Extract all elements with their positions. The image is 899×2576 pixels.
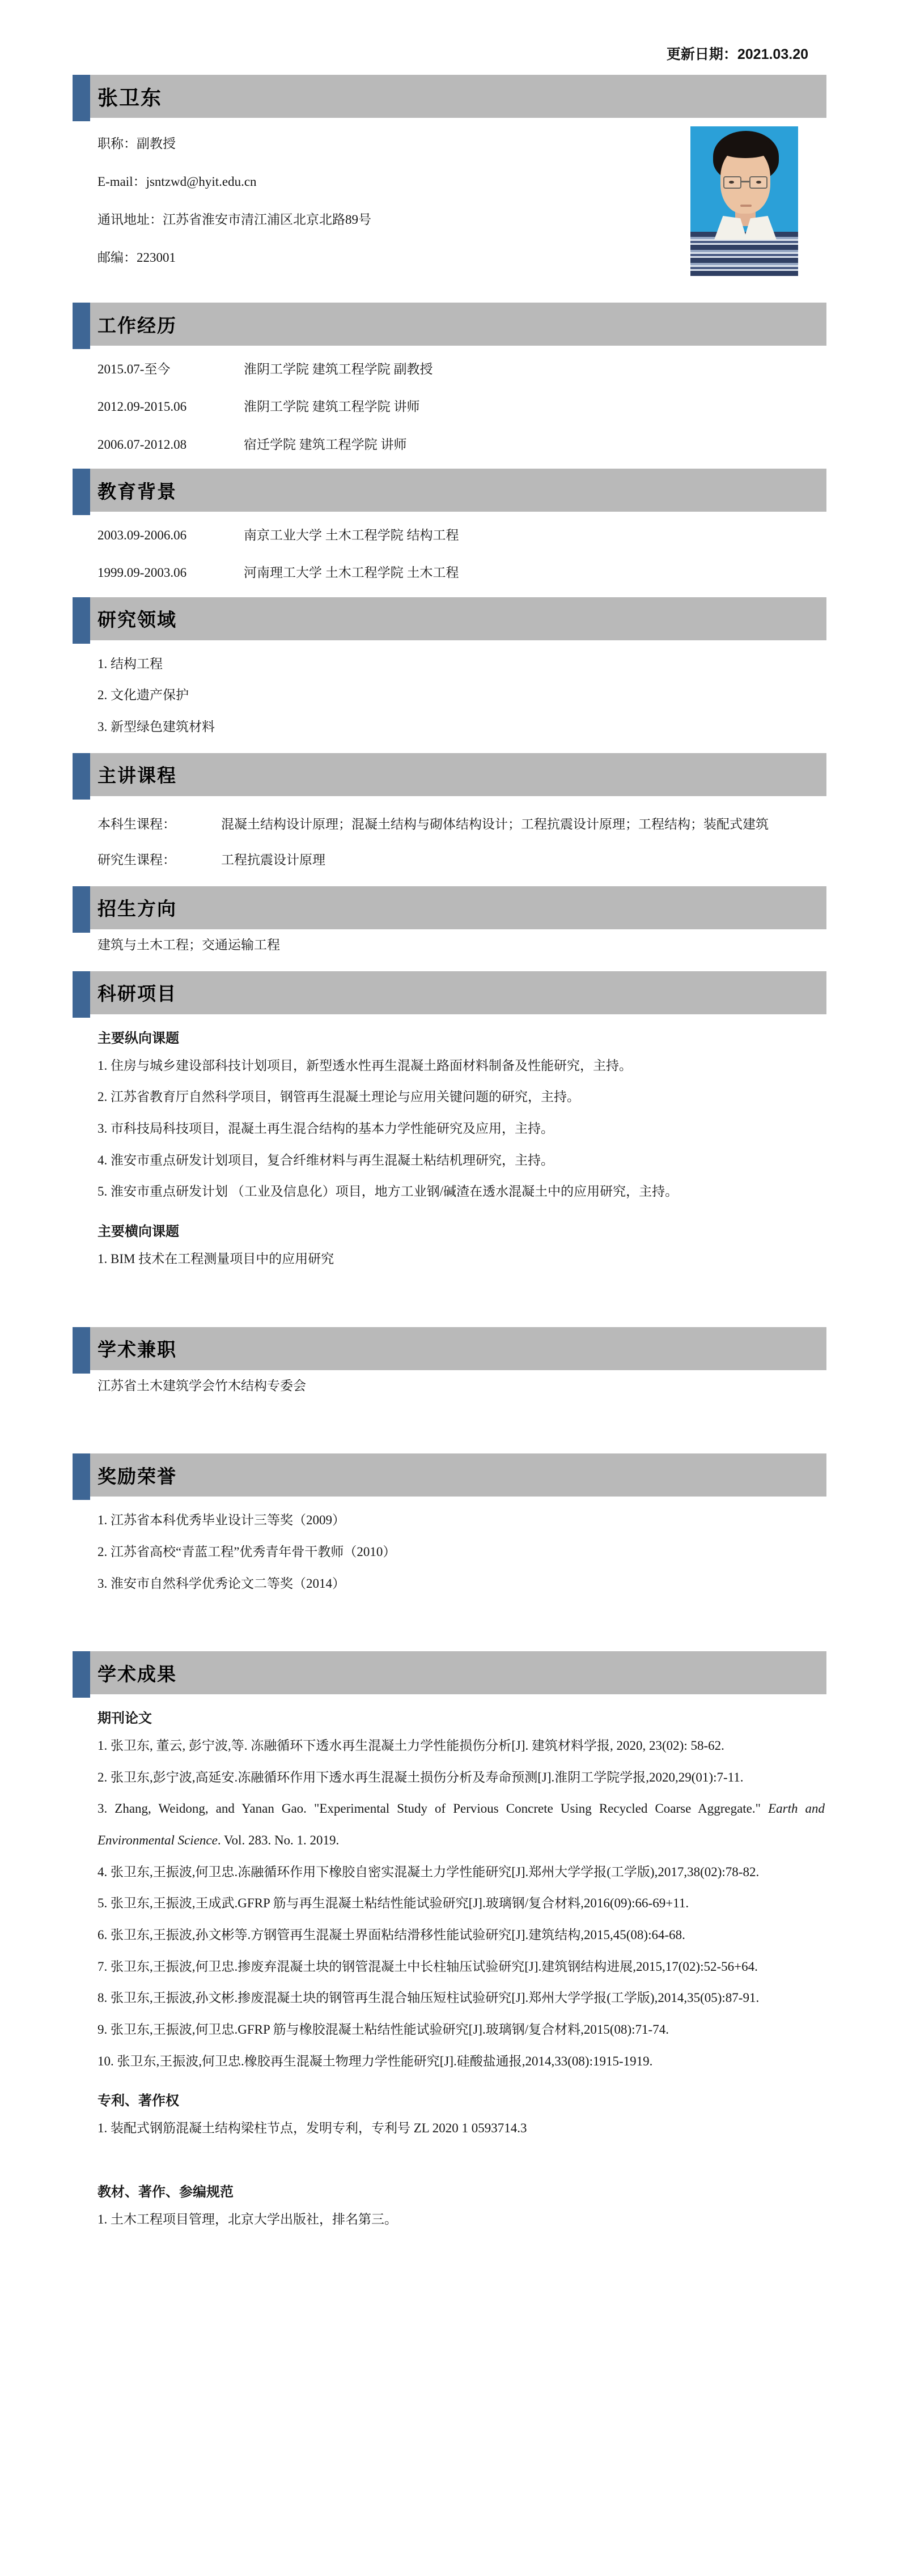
header-accent-bar [73, 1453, 90, 1500]
award-item: 1. 江苏省本科优秀毕业设计三等奖（2009） [97, 1504, 825, 1536]
projects-vertical-heading: 主要纵向课题 [97, 1027, 825, 1047]
research-area-item: 3. 新型绿色建筑材料 [97, 711, 825, 743]
education-period: 1999.09-2003.06 [97, 559, 244, 586]
course-label: 本科生课程： [97, 809, 221, 840]
work-detail: 淮阴工学院 建筑工程学院 副教授 [244, 356, 825, 383]
project-item: 5. 淮安市重点研发计划 （工业及信息化）项目，地方工业钢/碱渣在透水混凝土中的… [97, 1176, 825, 1208]
papers-heading: 期刊论文 [97, 1707, 825, 1727]
project-item: 2. 江苏省教育厅自然科学项目，钢管再生混凝土理论与应用关键问题的研究，主持。 [97, 1081, 825, 1113]
affiliation-content: 江苏省土木建筑学会竹木结构专委会 [97, 1370, 825, 1402]
course-row: 研究生课程： 工程抗震设计原理 [97, 844, 825, 876]
section-header-courses: 主讲课程 [73, 753, 826, 796]
header-accent-bar [73, 971, 90, 1018]
work-period: 2015.07-至今 [97, 356, 244, 383]
paper-item: 1. 张卫东, 董云, 彭宁波,等. 冻融循环下透水再生混凝土力学性能损伤分析[… [97, 1730, 825, 1762]
education-detail: 南京工业大学 土木工程学院 结构工程 [244, 522, 825, 549]
header-accent-bar [73, 886, 90, 933]
paper-item: 2. 张卫东,彭宁波,高延安.冻融循环作用下透水再生混凝土损伤分析及寿命预测[J… [97, 1762, 825, 1793]
person-name: 张卫东 [97, 82, 162, 111]
paper-item: 9. 张卫东,王振波,何卫忠.GFRP 筋与橡胶混凝土粘结性能试验研究[J].玻… [97, 2014, 825, 2046]
header-accent-bar [73, 469, 90, 515]
section-header-awards: 奖励荣誉 [73, 1453, 826, 1497]
achievements-content: 期刊论文 1. 张卫东, 董云, 彭宁波,等. 冻融循环下透水再生混凝土力学性能… [97, 1707, 825, 2235]
section-header-affiliation: 学术兼职 [73, 1327, 826, 1370]
award-item: 3. 淮安市自然科学优秀论文二等奖（2014） [97, 1568, 825, 1600]
section-header-work: 工作经历 [73, 303, 826, 346]
section-header-enrollment: 招生方向 [73, 886, 826, 929]
course-content: 工程抗震设计原理 [221, 844, 825, 876]
name-header: 张卫东 [73, 75, 826, 118]
projects-horizontal-heading: 主要横向课题 [97, 1220, 825, 1240]
header-accent-bar [73, 303, 90, 349]
glasses-icon [723, 176, 767, 190]
project-item: 1. BIM 技术在工程测量项目中的应用研究 [97, 1243, 825, 1275]
section-title: 工作经历 [97, 311, 177, 338]
header-accent-bar [73, 753, 90, 800]
education-entry: 1999.09-2003.06河南理工大学 土木工程学院 土木工程 [97, 559, 825, 586]
address-value: 江苏省淮安市清江浦区北京北路89号 [163, 212, 371, 227]
postcode-label: 邮编： [97, 250, 137, 265]
book-item: 1. 土木工程项目管理，北京大学出版社，排名第三。 [97, 2204, 825, 2235]
paper-item: 3. Zhang, Weidong, and Yanan Gao. "Exper… [97, 1793, 825, 1856]
header-accent-bar [73, 597, 90, 644]
header-accent-bar [73, 1651, 90, 1698]
email-value: jsntzwd@hyit.edu.cn [146, 175, 257, 189]
affiliation-text: 江苏省土木建筑学会竹木结构专委会 [97, 1370, 825, 1402]
title-label: 职称： [97, 137, 137, 151]
research-area-item: 2. 文化遗产保护 [97, 679, 825, 711]
section-title: 科研项目 [97, 979, 177, 1006]
work-entries: 2015.07-至今淮阴工学院 建筑工程学院 副教授 2012.09-2015.… [97, 356, 825, 458]
postcode-value: 223001 [137, 250, 176, 265]
section-header-achievements: 学术成果 [73, 1651, 826, 1694]
section-title: 奖励荣誉 [97, 1462, 177, 1489]
education-period: 2003.09-2006.06 [97, 522, 244, 549]
patents-heading: 专利、著作权 [97, 2089, 825, 2109]
section-header-projects: 科研项目 [73, 971, 826, 1014]
work-period: 2012.09-2015.06 [97, 393, 244, 420]
header-accent-bar [73, 1327, 90, 1374]
address-label: 通讯地址： [97, 212, 163, 227]
project-item: 4. 淮安市重点研发计划项目，复合纤维材料与再生混凝土粘结机理研究，主持。 [97, 1145, 825, 1176]
email-label: E-mail： [97, 175, 146, 189]
work-entry: 2015.07-至今淮阴工学院 建筑工程学院 副教授 [97, 356, 825, 383]
paper-item: 4. 张卫东,王振波,何卫忠.冻融循环作用下橡胶自密实混凝土力学性能研究[J].… [97, 1856, 825, 1888]
awards-list: 1. 江苏省本科优秀毕业设计三等奖（2009） 2. 江苏省高校“青蓝工程”优秀… [97, 1497, 825, 1599]
header-accent-bar [73, 75, 90, 121]
work-detail: 宿迁学院 建筑工程学院 讲师 [244, 431, 825, 458]
education-entries: 2003.09-2006.06南京工业大学 土木工程学院 结构工程 1999.0… [97, 522, 825, 587]
section-title: 学术兼职 [97, 1335, 177, 1362]
work-entry: 2012.09-2015.06淮阴工学院 建筑工程学院 讲师 [97, 393, 825, 420]
paper-item: 8. 张卫东,王振波,孙文彬.掺废混凝土块的钢管再生混合轴压短柱试验研究[J].… [97, 1982, 825, 2014]
course-row: 本科生课程： 混凝土结构设计原理；混凝土结构与砌体结构设计；工程抗震设计原理；工… [97, 809, 825, 840]
patent-item: 1. 装配式钢筋混凝土结构梁柱节点，发明专利，专利号 ZL 2020 1 059… [97, 2112, 825, 2144]
cv-page: 更新日期：2021.03.20 张卫东 职称：副教授 E-mail：jsntzw… [0, 0, 899, 2235]
work-entry: 2006.07-2012.08宿迁学院 建筑工程学院 讲师 [97, 431, 825, 458]
photo-mouth [740, 205, 752, 207]
profile-photo [690, 126, 798, 276]
section-title: 主讲课程 [97, 761, 177, 788]
paper-item: 10. 张卫东,王振波,何卫忠.橡胶再生混凝土物理力学性能研究[J].硅酸盐通报… [97, 2046, 825, 2077]
work-detail: 淮阴工学院 建筑工程学院 讲师 [244, 393, 825, 420]
projects-content: 主要纵向课题 1. 住房与城乡建设部科技计划项目，新型透水性再生混凝土路面材料制… [97, 1027, 825, 1275]
project-item: 1. 住房与城乡建设部科技计划项目，新型透水性再生混凝土路面材料制备及性能研究，… [97, 1050, 825, 1082]
course-content: 混凝土结构设计原理；混凝土结构与砌体结构设计；工程抗震设计原理；工程结构；装配式… [221, 809, 825, 840]
paper-item: 6. 张卫东,王振波,孙文彬等.方钢管再生混凝土界面粘结滑移性能试验研究[J].… [97, 1919, 825, 1951]
education-detail: 河南理工大学 土木工程学院 土木工程 [244, 559, 825, 586]
award-item: 2. 江苏省高校“青蓝工程”优秀青年骨干教师（2010） [97, 1536, 825, 1568]
research-area-item: 1. 结构工程 [97, 648, 825, 680]
section-header-research-areas: 研究领域 [73, 597, 826, 640]
section-title: 学术成果 [97, 1660, 177, 1686]
research-areas-list: 1. 结构工程 2. 文化遗产保护 3. 新型绿色建筑材料 [97, 640, 825, 743]
enrollment-content: 建筑与土木工程；交通运输工程 [97, 929, 825, 961]
books-heading: 教材、著作、参编规范 [97, 2180, 825, 2200]
section-title: 招生方向 [97, 894, 177, 921]
update-date: 更新日期：2021.03.20 [0, 0, 899, 63]
education-entry: 2003.09-2006.06南京工业大学 土木工程学院 结构工程 [97, 522, 825, 549]
section-title: 教育背景 [97, 477, 177, 504]
basic-info-section: 职称：副教授 E-mail：jsntzwd@hyit.edu.cn 通讯地址：江… [73, 118, 826, 292]
photo-bang [718, 139, 773, 158]
section-title: 研究领域 [97, 605, 177, 632]
work-period: 2006.07-2012.08 [97, 431, 244, 458]
project-item: 3. 市科技局科技项目，混凝土再生混合结构的基本力学性能研究及应用，主持。 [97, 1113, 825, 1145]
section-header-education: 教育背景 [73, 469, 826, 512]
course-label: 研究生课程： [97, 844, 221, 876]
title-value: 副教授 [137, 137, 176, 151]
paper-item: 7. 张卫东,王振波,何卫忠.掺废弃混凝土块的钢管混凝土中长柱轴压试验研究[J]… [97, 1951, 825, 1983]
enrollment-text: 建筑与土木工程；交通运输工程 [97, 929, 825, 961]
courses-table: 本科生课程： 混凝土结构设计原理；混凝土结构与砌体结构设计；工程抗震设计原理；工… [97, 796, 825, 876]
paper-item: 5. 张卫东,王振波,王成武.GFRP 筋与再生混凝土粘结性能试验研究[J].玻… [97, 1888, 825, 1919]
